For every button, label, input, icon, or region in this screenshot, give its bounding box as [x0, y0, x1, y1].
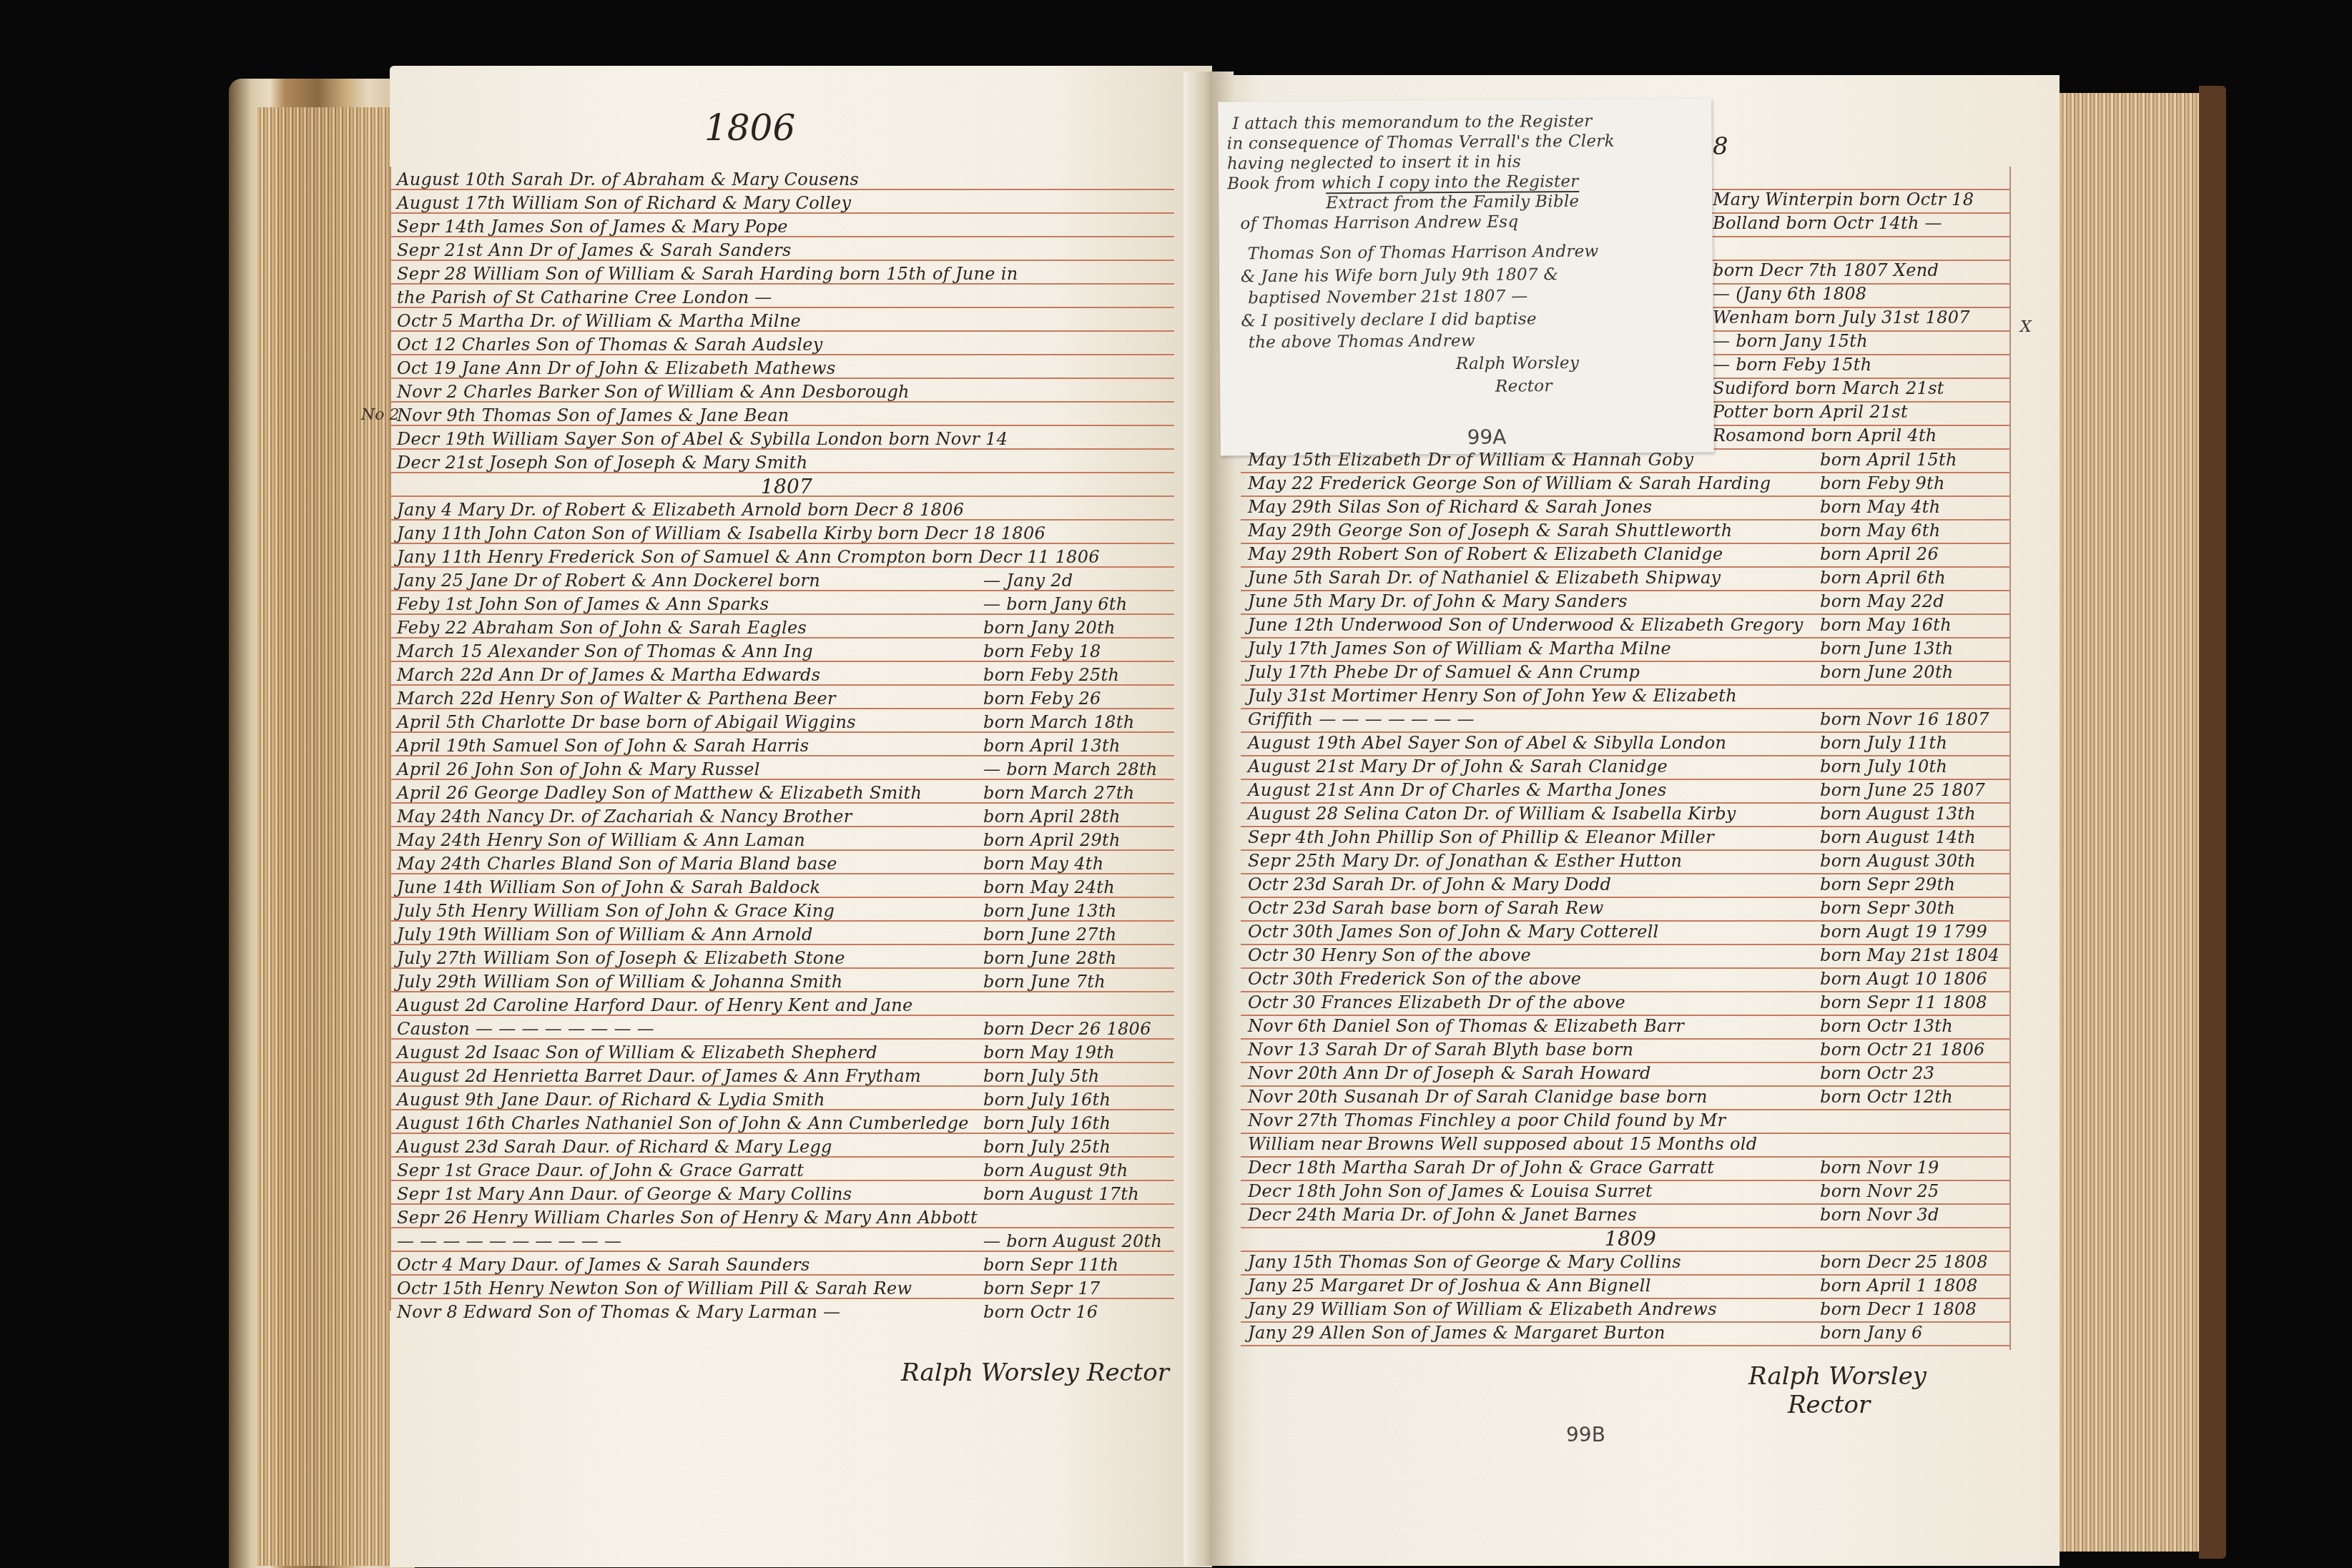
memo-line: of Thomas Harrison Andrew Esq: [1240, 212, 1518, 233]
register-entry: Octr 30 Frances Elizabeth Dr of the abov…: [1248, 991, 2013, 1015]
memo-line: Rector: [1495, 377, 1553, 396]
register-entry: August 10th Sarah Dr. of Abraham & Mary …: [397, 168, 1176, 192]
register-entry: March 22d Ann Dr of James & Martha Edwar…: [397, 664, 1176, 687]
register-entry: July 19th William Son of William & Ann A…: [397, 923, 1176, 947]
register-entry: May 24th Charles Bland Son of Maria Blan…: [397, 852, 1176, 876]
register-entry: June 5th Mary Dr. of John & Mary Sanders…: [1248, 590, 2013, 613]
register-entry: Feby 1st John Son of James & Ann Sparks—…: [397, 593, 1176, 616]
margin-note: No 2: [361, 406, 400, 424]
register-entry: August 9th Jane Daur. of Richard & Lydia…: [397, 1088, 1176, 1112]
register-entry: Novr 2 Charles Barker Son of William & A…: [397, 380, 1176, 404]
register-entry: — — — — — — — — — —— born August 20th: [397, 1230, 1176, 1253]
rector-signature-left: Ralph Worsley Rector: [901, 1359, 1169, 1387]
memo-line: Book from which I copy into the Register: [1227, 172, 1579, 193]
register-entry: Sepr 26 Henry William Charles Son of Hen…: [397, 1206, 1176, 1230]
register-entry: Octr 15th Henry Newton Son of William Pi…: [397, 1277, 1176, 1301]
register-entry: the Parish of St Catharine Cree London —: [397, 286, 1176, 310]
year-header-1809: 1809: [1248, 1227, 2013, 1251]
register-entry: Decr 21st Joseph Son of Joseph & Mary Sm…: [397, 451, 1176, 475]
register-entry: August 19th Abel Sayer Son of Abel & Sib…: [1248, 731, 2013, 755]
register-entry: April 26 John Son of John & Mary Russel—…: [397, 758, 1176, 781]
register-entry: Jany 25 Jane Dr of Robert & Ann Dockerel…: [397, 569, 1176, 593]
rector-signature-right-title: Rector: [1788, 1391, 1870, 1419]
register-entry: Octr 5 Martha Dr. of William & Martha Mi…: [397, 310, 1176, 333]
register-entry: Novr 9th Thomas Son of James & Jane Bean: [397, 404, 1176, 428]
register-entry: Octr 23d Sarah Dr. of John & Mary Doddbo…: [1248, 873, 2013, 897]
register-entry: May 29th Robert Son of Robert & Elizabet…: [1248, 543, 2013, 566]
partial-entry: Bolland born Octr 14th —: [1713, 213, 1942, 233]
register-entry: August 21st Ann Dr of Charles & Martha J…: [1248, 779, 2013, 802]
margin-mark: X: [2020, 318, 2032, 336]
memo-line: I attach this memorandum to the Register: [1232, 112, 1592, 134]
page-block-left: [257, 107, 393, 1566]
register-entry: Novr 8 Edward Son of Thomas & Mary Larma…: [397, 1301, 1176, 1324]
book-cover-right: [2199, 86, 2226, 1559]
register-entry: Feby 22 Abraham Son of John & Sarah Eagl…: [397, 616, 1176, 640]
register-entry: Novr 13 Sarah Dr of Sarah Blyth base bor…: [1248, 1038, 2013, 1062]
partial-entry: Rosamond born April 4th: [1713, 425, 1937, 445]
register-entry: Sepr 28 William Son of William & Sarah H…: [397, 262, 1176, 286]
memo-line: & I positively declare I did baptise: [1241, 310, 1537, 330]
register-entry: Octr 23d Sarah base born of Sarah Rewbor…: [1248, 897, 2013, 920]
register-entry: Sepr 1st Mary Ann Daur. of George & Mary…: [397, 1183, 1176, 1206]
register-entry: April 26 George Dadley Son of Matthew & …: [397, 781, 1176, 805]
partial-entry: Sudiford born March 21st: [1713, 378, 1944, 398]
register-entry: Jany 15th Thomas Son of George & Mary Co…: [1248, 1251, 2013, 1274]
register-entry: Novr 27th Thomas Finchley a poor Child f…: [1248, 1109, 2013, 1133]
entries-1806: August 10th Sarah Dr. of Abraham & Mary …: [397, 168, 1176, 1324]
register-entry: Octr 30th Frederick Son of the aboveborn…: [1248, 967, 2013, 991]
register-entry: Novr 6th Daniel Son of Thomas & Elizabet…: [1248, 1015, 2013, 1038]
register-entry: April 5th Charlotte Dr base born of Abig…: [397, 711, 1176, 734]
register-entry: May 24th Henry Son of William & Ann Lama…: [397, 829, 1176, 852]
register-entry: Jany 11th John Caton Son of William & Is…: [397, 522, 1176, 546]
register-entry: Sepr 21st Ann Dr of James & Sarah Sander…: [397, 239, 1176, 262]
memo-line: baptised November 21st 1807 —: [1248, 287, 1528, 307]
register-entry: July 17th James Son of William & Martha …: [1248, 637, 2013, 661]
memo-line: & Jane his Wife born July 9th 1807 &: [1241, 265, 1558, 286]
register-entry: August 2d Caroline Harford Daur. of Henr…: [397, 994, 1176, 1017]
register-entry: Novr 20th Susanah Dr of Sarah Clanidge b…: [1248, 1085, 2013, 1109]
register-entry: May 15th Elizabeth Dr of William & Hanna…: [1248, 448, 2013, 472]
register-entry: Sepr 14th James Son of James & Mary Pope: [397, 215, 1176, 239]
register-entry: June 12th Underwood Son of Underwood & E…: [1248, 613, 2013, 637]
register-entry: Novr 20th Ann Dr of Joseph & Sarah Howar…: [1248, 1062, 2013, 1085]
memo-line: the above Thomas Andrew: [1249, 332, 1475, 352]
partial-entry: Mary Winterpin born Octr 18: [1713, 189, 1974, 209]
memo-line: having neglected to insert it in his: [1227, 152, 1521, 173]
register-entry: Sepr 4th John Phillip Son of Phillip & E…: [1248, 826, 2013, 849]
register-entry: May 22 Frederick George Son of William &…: [1248, 472, 2013, 495]
register-entry: August 23d Sarah Daur. of Richard & Mary…: [397, 1135, 1176, 1159]
register-entry: August 2d Isaac Son of William & Elizabe…: [397, 1041, 1176, 1065]
register-entry: Decr 24th Maria Dr. of John & Janet Barn…: [1248, 1203, 2013, 1227]
register-entry: Decr 19th William Sayer Son of Abel & Sy…: [397, 428, 1176, 451]
register-entry: Jany 25 Margaret Dr of Joshua & Ann Bign…: [1248, 1274, 2013, 1298]
register-entry: July 5th Henry William Son of John & Gra…: [397, 899, 1176, 923]
register-entry: August 2d Henrietta Barret Daur. of Jame…: [397, 1065, 1176, 1088]
register-entry: Jany 11th Henry Frederick Son of Samuel …: [397, 546, 1176, 569]
entries-1808: May 15th Elizabeth Dr of William & Hanna…: [1248, 448, 2013, 1345]
register-entry: Griffith — — — — — — —born Novr 16 1807: [1248, 708, 2013, 731]
page-label-99b: 99B: [1566, 1423, 1605, 1446]
register-entry: May 29th Silas Son of Richard & Sarah Jo…: [1248, 495, 2013, 519]
memorandum-slip: I attach this memorandum to the Register…: [1218, 99, 1713, 456]
register-entry: Causton — — — — — — — —born Decr 26 1806: [397, 1017, 1176, 1041]
page-block-right: [2060, 93, 2203, 1552]
year-header-fragment: 8: [1713, 132, 1728, 161]
register-entry: July 29th William Son of William & Johan…: [397, 970, 1176, 994]
year-header-1806: 1806: [704, 107, 795, 149]
register-entry: Sepr 25th Mary Dr. of Jonathan & Esther …: [1248, 849, 2013, 873]
register-entry: Octr 4 Mary Daur. of James & Sarah Saund…: [397, 1253, 1176, 1277]
register-entry: March 15 Alexander Son of Thomas & Ann I…: [397, 640, 1176, 664]
partial-entry: — born Jany 15th: [1713, 331, 1868, 351]
register-entry: July 27th William Son of Joseph & Elizab…: [397, 947, 1176, 970]
register-entry: Octr 30 Henry Son of the aboveborn May 2…: [1248, 944, 2013, 967]
register-entry: Sepr 1st Grace Daur. of John & Grace Gar…: [397, 1159, 1176, 1183]
register-entry: August 16th Charles Nathaniel Son of Joh…: [397, 1112, 1176, 1135]
register-entry: Decr 18th Martha Sarah Dr of John & Grac…: [1248, 1156, 2013, 1180]
register-entry: Jany 29 Allen Son of James & Margaret Bu…: [1248, 1321, 2013, 1345]
register-entry: Jany 29 William Son of William & Elizabe…: [1248, 1298, 2013, 1321]
register-entry: August 17th William Son of Richard & Mar…: [397, 192, 1176, 215]
register-entry: March 22d Henry Son of Walter & Parthena…: [397, 687, 1176, 711]
page-label-99a: 99A: [1467, 425, 1506, 449]
register-entry: June 5th Sarah Dr. of Nathaniel & Elizab…: [1248, 566, 2013, 590]
register-entry: June 14th William Son of John & Sarah Ba…: [397, 876, 1176, 899]
register-entry: Oct 19 Jane Ann Dr of John & Elizabeth M…: [397, 357, 1176, 380]
memo-line: in consequence of Thomas Verrall's the C…: [1227, 132, 1615, 154]
register-entry: William near Browns Well supposed about …: [1248, 1133, 2013, 1156]
register-entry: May 24th Nancy Dr. of Zachariah & Nancy …: [397, 805, 1176, 829]
register-entry: April 19th Samuel Son of John & Sarah Ha…: [397, 734, 1176, 758]
register-entry: July 17th Phebe Dr of Samuel & Ann Crump…: [1248, 661, 2013, 684]
partial-entry: Wenham born July 31st 1807: [1713, 307, 1970, 327]
memo-line: Thomas Son of Thomas Harrison Andrew: [1248, 242, 1599, 263]
register-entry: August 28 Selina Caton Dr. of William & …: [1248, 802, 2013, 826]
register-entry: Jany 4 Mary Dr. of Robert & Elizabeth Ar…: [397, 498, 1176, 522]
memo-line: Ralph Worsley: [1456, 354, 1580, 373]
register-entry: Oct 12 Charles Son of Thomas & Sarah Aud…: [397, 333, 1176, 357]
partial-entry: born Decr 7th 1807 Xend: [1713, 260, 1939, 280]
register-entry: Octr 30th James Son of John & Mary Cotte…: [1248, 920, 2013, 944]
register-entry: May 29th George Son of Joseph & Sarah Sh…: [1248, 519, 2013, 543]
partial-entry: — born Feby 15th: [1713, 355, 1872, 375]
rector-signature-right-name: Ralph Worsley: [1748, 1362, 1927, 1391]
memo-line: Extract from the Family Bible: [1326, 192, 1579, 212]
register-entry: Decr 18th John Son of James & Louisa Sur…: [1248, 1180, 2013, 1203]
partial-entry: Potter born April 21st: [1713, 402, 1908, 422]
partial-entry: — (Jany 6th 1808: [1713, 284, 1866, 304]
year-header-1807: 1807: [397, 475, 1176, 498]
register-entry: August 21st Mary Dr of John & Sarah Clan…: [1248, 755, 2013, 779]
register-entry: July 31st Mortimer Henry Son of John Yew…: [1248, 684, 2013, 708]
